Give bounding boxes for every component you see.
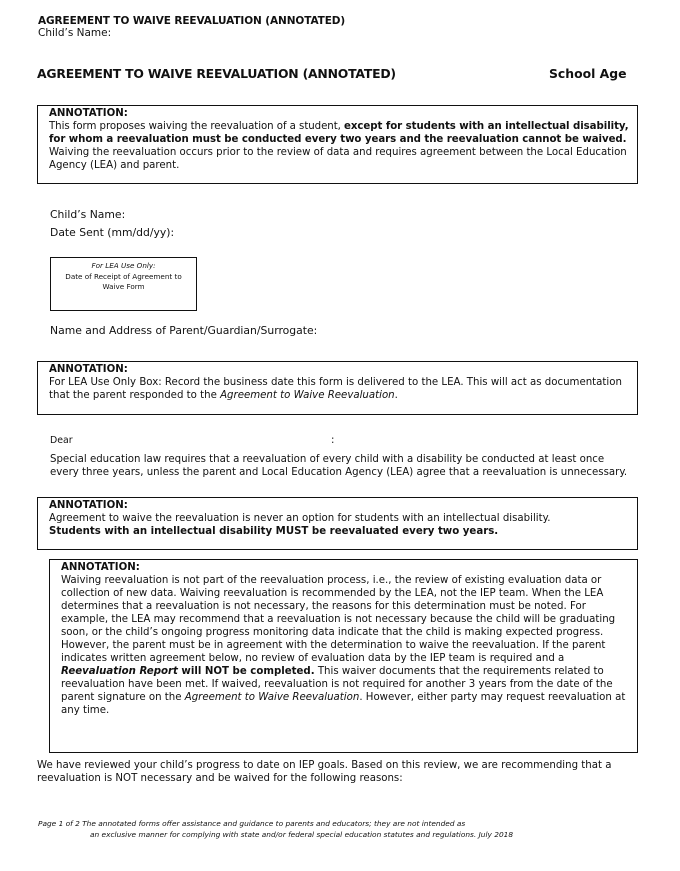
lea-use-only-box: For LEA Use Only: Date of Receipt of Agr… xyxy=(50,257,197,311)
document-category: School Age xyxy=(549,67,627,80)
parent-name-address-label: Name and Address of Parent/Guardian/Surr… xyxy=(50,324,317,337)
intro-paragraph: Special education law requires that a re… xyxy=(50,453,630,479)
date-sent-label: Date Sent (mm/dd/yy): xyxy=(50,226,174,239)
running-header-child-name-label: Child’s Name: xyxy=(38,27,111,39)
footer-line-1: Page 1 of 2 The annotated forms offer as… xyxy=(38,818,465,829)
annotation-box-lea-use: ANNOTATION: For LEA Use Only Box: Record… xyxy=(37,361,638,415)
recommendation-paragraph: We have reviewed your child’s progress t… xyxy=(37,759,632,785)
annotation-text-bold: Students with an intellectual disability… xyxy=(49,525,629,538)
annotation-paragraph-1: Waiving reevaluation is not part of the … xyxy=(61,574,629,639)
running-header-title: AGREEMENT TO WAIVE REEVALUATION (ANNOTAT… xyxy=(38,15,345,27)
annotation-box-intellectual-disability: ANNOTATION: Agreement to waive the reeva… xyxy=(37,497,638,550)
annotation-label: ANNOTATION: xyxy=(49,107,629,120)
annotation-label: ANNOTATION: xyxy=(61,561,629,574)
salutation-colon: : xyxy=(331,434,334,447)
lea-box-heading: For LEA Use Only: xyxy=(51,261,196,271)
annotation-paragraph-2: However, the parent must be in agreement… xyxy=(61,639,629,717)
lea-box-text: Date of Receipt of Agreement to Waive Fo… xyxy=(51,272,196,292)
salutation: Dear xyxy=(50,434,73,447)
annotation-text: Waiving the reevaluation occurs prior to… xyxy=(49,146,629,172)
annotation-box-waiving-process: ANNOTATION: Waiving reevaluation is not … xyxy=(49,559,638,753)
annotation-label: ANNOTATION: xyxy=(49,499,629,512)
annotation-text: This form proposes waiving the reevaluat… xyxy=(49,120,629,146)
document-title: AGREEMENT TO WAIVE REEVALUATION (ANNOTAT… xyxy=(37,67,396,80)
footer-line-2: an exclusive manner for complying with s… xyxy=(90,829,513,840)
annotation-text: Agreement to waive the reevaluation is n… xyxy=(49,512,629,525)
annotation-box-purpose: ANNOTATION: This form proposes waiving t… xyxy=(37,105,638,184)
annotation-text: For LEA Use Only Box: Record the busines… xyxy=(49,376,629,402)
annotation-label: ANNOTATION: xyxy=(49,363,629,376)
child-name-label: Child’s Name: xyxy=(50,208,125,221)
